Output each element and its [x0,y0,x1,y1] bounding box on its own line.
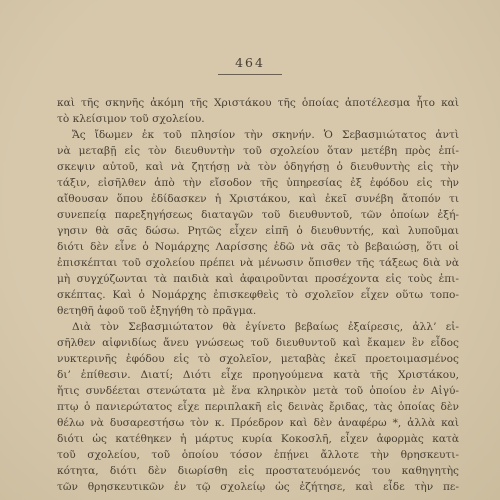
text-line: θετηθῆ ἀφοῦ τοῦ ἐξηγήθη τὸ πρᾶγμα. [57,303,459,319]
text-line: τῶν θρησκευτικῶν ἐν τῷ σχολείῳ ὡς ἐζήτησ… [57,479,459,495]
text-line: δι’ ἐπίθεσιν. Διατί; Διότι εἶχε προηγούμ… [57,367,459,383]
text-line: Ἄς ἴδωμεν ἐκ τοῦ πλησίον τὴν σκηνήν. Ὁ Σ… [57,127,459,143]
text-line: Διὰ τὸν Σεβασμιώτατον θὰ ἐγίνετο βεβαίως… [57,319,459,335]
text-block: καὶ τῆς σκηνῆς ἀκόμη τῆς Χριστάκου τῆς ὁ… [57,95,459,495]
text-line: ἥτις συνδέεται στενώτατα μὲ ἕνα κληρικὸν… [57,383,459,399]
text-line: σκεψιν αὐτοῦ, καὶ νὰ ζητήσῃ νὰ τὸν ὁδηγή… [57,159,459,175]
text-line: τάξιν, εἰσῆλθεν ἀπὸ τὴν εἴσοδον τῆς ὑπηρ… [57,175,459,191]
page-number: 464 [218,55,282,75]
text-line: σῆλθεν αἰφνιδίως ἄνευ γνώσεως τοῦ διευθυ… [57,335,459,351]
text-line: διότι δὲν εἶνε ὁ Νομάρχης Λαρίσσης ἐδῶ ν… [57,239,459,255]
text-line: αἴθουσαν ὅπου ἐδίδασκεν ἡ Χριστάκου, καὶ… [57,191,459,207]
text-line: συνεπείᾳ παρεξηγήσεως διαταγῶν τοῦ διευθ… [57,207,459,223]
text-line: καὶ τῆς σκηνῆς ἀκόμη τῆς Χριστάκου τῆς ὁ… [57,95,459,111]
text-line: μὴ συγχύζωνται τὰ παιδιὰ καὶ ἀφαιροῦνται… [57,271,459,287]
text-line: νὰ μεταβῇ εἰς τὸν διευθυντὴν τοῦ σχολείο… [57,143,459,159]
text-line: διότι ὡς κατέθηκεν ἡ μάρτυς κυρία Κοκοσλ… [57,431,459,447]
book-page: 464 καὶ τῆς σκηνῆς ἀκόμη τῆς Χριστάκου τ… [0,0,500,500]
text-line: πτῳ ὁ πανιερώτατος εἶχε περιπλακῆ εἰς δε… [57,399,459,415]
text-line: κότητα, διότι δὲν διωρίσθη εἰς προστατευ… [57,463,459,479]
text-line: σκέπτας. Καὶ ὁ Νομάρχης ἐπισκεφθεὶς τὸ σ… [57,287,459,303]
text-line: τὸ κλείσιμον τοῦ σχολείου. [57,111,459,127]
text-line: θέλω νὰ δυσαρεστήσω τὸν κ. Πρόεδρον καὶ … [57,415,459,431]
text-line: τοῦ σχολείου, τοῦ ὁποίου τόσον ἐπῄνει ἄλ… [57,447,459,463]
text-line: νυκτερινῆς ἐφόδου εἰς τὸ σχολεῖον, μεταβ… [57,351,459,367]
text-line: γησιν θὰ σᾶς δώσω. Ρητῶς εἶχεν εἰπῆ ὁ δι… [57,223,459,239]
page-header: 464 [0,52,500,75]
text-line: ἐπισκέπται τοῦ σχολείου πρέπει νὰ μένωσι… [57,255,459,271]
